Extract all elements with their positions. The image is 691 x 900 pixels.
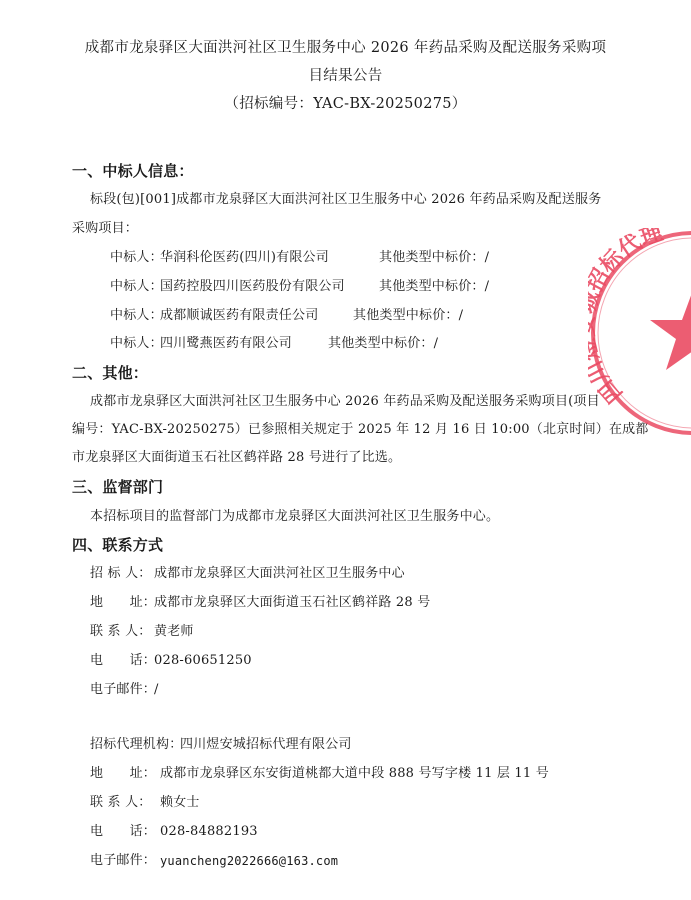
tenderer-email: / <box>154 682 159 698</box>
svg-text:四川煜安城招标代理: 四川煜安城招标代理 <box>588 228 667 407</box>
section1-heading: 一、中标人信息： <box>72 163 194 179</box>
supervision-text: 本招标项目的监督部门为成都市龙泉驿区大面洪河社区卫生服务中心。 <box>90 509 499 525</box>
winner-name: 华润科伦医药(四川)有限公司 <box>160 250 329 266</box>
agency-name: 四川煜安城招标代理有限公司 <box>180 737 352 753</box>
winner-name: 四川鹭燕医药有限公司 <box>160 336 292 352</box>
tenderer-contact-person: 黄老师 <box>154 624 194 640</box>
other-text-line2: 编号：YAC-BX-20250275）已参照相关规定于 2025 年 12 月 … <box>72 422 649 438</box>
tenderer-phone: 028-60651250 <box>154 653 252 669</box>
contact-label: 电子邮件： <box>90 682 156 698</box>
contact-label: 电 话： <box>90 653 156 669</box>
contact-label: 招 标 人： <box>90 566 151 582</box>
document-title-line1: 成都市龙泉驿区大面洪河社区卫生服务中心 2026 年药品采购及配送服务采购项 <box>0 40 691 56</box>
agency-address: 成都市龙泉驿区东安街道桃都大道中段 888 号写字楼 11 层 11 号 <box>160 766 549 782</box>
winner-name: 国药控股四川医药股份有限公司 <box>160 279 345 295</box>
contact-label: 联 系 人： <box>90 624 151 640</box>
winner-name: 成都顺诚医药有限责任公司 <box>160 308 318 324</box>
section4-heading: 四、联系方式 <box>72 537 163 553</box>
lot-description-line2: 采购项目： <box>72 221 138 237</box>
tenderer-address: 成都市龙泉驿区大面街道玉石社区鹤祥路 28 号 <box>154 595 430 611</box>
winner-label: 中标人： <box>110 336 163 352</box>
winner-label: 中标人： <box>110 250 163 266</box>
agency-phone: 028-84882193 <box>160 824 258 840</box>
tenderer-name: 成都市龙泉驿区大面洪河社区卫生服务中心 <box>154 566 405 582</box>
contact-label: 地 址： <box>90 766 156 782</box>
agency-contact-person: 赖女士 <box>160 795 200 811</box>
winner-price: 其他类型中标价：/ <box>379 250 489 266</box>
winner-label: 中标人： <box>110 279 163 295</box>
tender-number: （招标编号：YAC-BX-20250275） <box>0 96 691 112</box>
document-title-line2: 目结果公告 <box>0 68 691 84</box>
winner-price: 其他类型中标价：/ <box>379 279 489 295</box>
winner-price: 其他类型中标价：/ <box>328 336 438 352</box>
lot-description-line1: 标段(包)[001]成都市龙泉驿区大面洪河社区卫生服务中心 2026 年药品采购… <box>90 192 601 208</box>
section3-heading: 三、监督部门 <box>72 479 163 495</box>
other-text-line1: 成都市龙泉驿区大面洪河社区卫生服务中心 2026 年药品采购及配送服务采购项目(… <box>90 394 600 410</box>
other-text-line3: 市龙泉驿区大面街道玉石社区鹤祥路 28 号进行了比选。 <box>72 450 401 466</box>
contact-label: 地 址： <box>90 595 156 611</box>
agency-email: yuancheng2022666@163.com <box>160 853 338 869</box>
winner-price: 其他类型中标价：/ <box>353 308 463 324</box>
contact-label: 电子邮件： <box>90 853 156 869</box>
official-seal-icon: 四川煜安城招标代理 <box>588 228 691 438</box>
contact-label: 电 话： <box>90 824 156 840</box>
document-page: 成都市龙泉驿区大面洪河社区卫生服务中心 2026 年药品采购及配送服务采购项 目… <box>0 0 691 900</box>
section2-heading: 二、其他： <box>72 365 148 381</box>
contact-label: 招标代理机构： <box>90 737 182 753</box>
contact-label: 联 系 人： <box>90 795 151 811</box>
winner-label: 中标人： <box>110 308 163 324</box>
